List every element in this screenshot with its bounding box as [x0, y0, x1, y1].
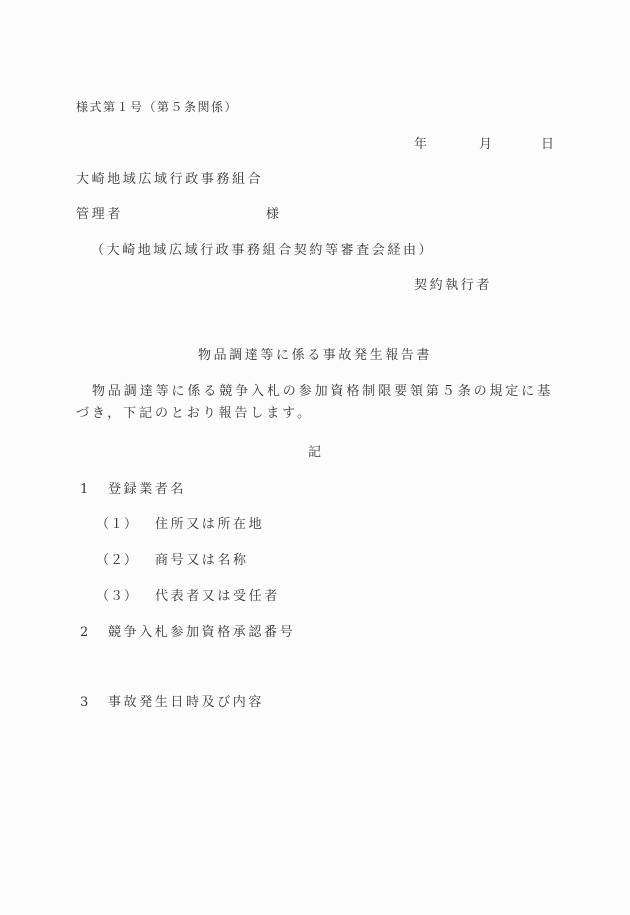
date-year: 年	[414, 137, 430, 153]
subitem-label: 代表者又は受任者	[155, 589, 280, 605]
item-label: 競争入札参加資格承認番号	[108, 625, 295, 641]
subitem-number: （３）	[96, 589, 138, 605]
date-day: 日	[541, 137, 557, 153]
addressee-title: 管理者	[76, 207, 123, 223]
item-number: 1	[80, 482, 91, 498]
subitem-label: 商号又は名称	[155, 553, 249, 569]
honorific: 様	[266, 207, 282, 223]
subitem-number: （１）	[96, 517, 138, 533]
item-label: 登録業者名	[108, 482, 186, 498]
document-title: 物品調達等に係る事故発生報告書	[198, 348, 432, 364]
subitem-label: 住所又は所在地	[155, 517, 264, 533]
via-note: （大崎地域広域行政事務組合契約等審査会経由）	[91, 243, 434, 259]
item-number: 2	[80, 625, 91, 641]
body-line-1: 物品調達等に係る競争入札の参加資格制限要領第５条の規定に基	[92, 384, 553, 400]
date-month: 月	[479, 137, 495, 153]
sender-label: 契約執行者	[414, 278, 492, 294]
item-label: 事故発生日時及び内容	[108, 695, 264, 711]
form-label: 様式第１号（第５条関係）	[76, 99, 238, 115]
addressee-org: 大崎地域広域行政事務組合	[76, 172, 263, 188]
ki-heading: 記	[308, 445, 324, 461]
body-line-2: づき，下記のとおり報告します。	[76, 406, 313, 422]
item-number: 3	[80, 695, 91, 711]
subitem-number: （２）	[96, 553, 138, 569]
